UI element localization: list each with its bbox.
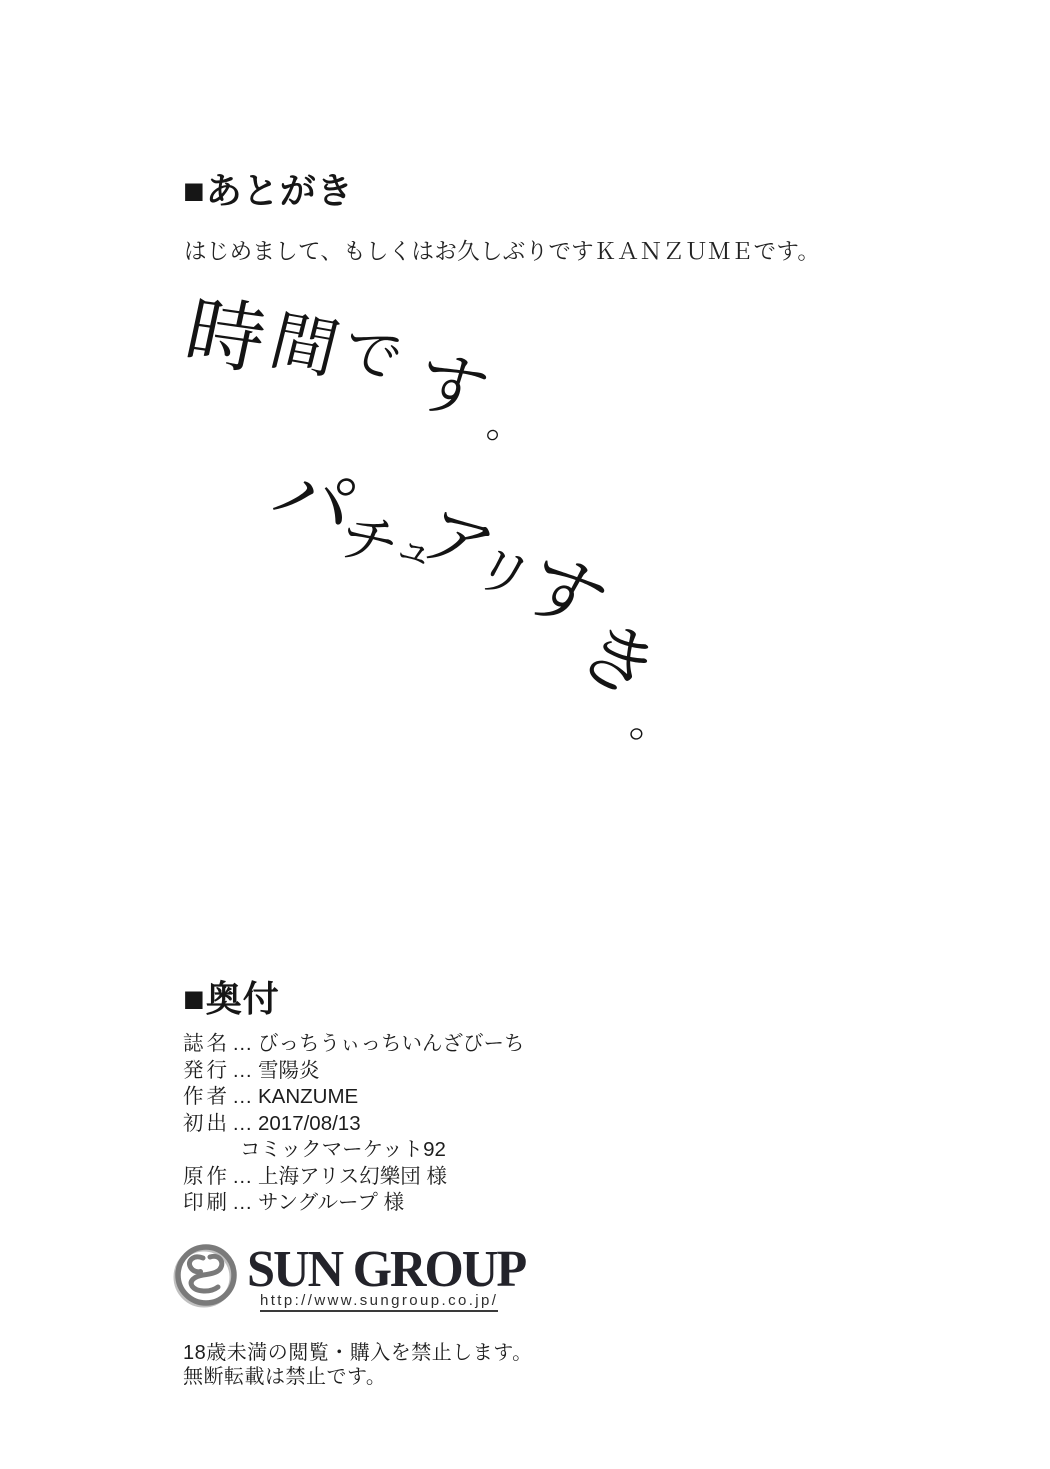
- colophon-label: 原作: [183, 1164, 232, 1191]
- colophon-separator: …: [232, 1058, 258, 1085]
- colophon-label: 発行: [183, 1058, 232, 1085]
- colophon-heading: ■奥付: [183, 971, 280, 1022]
- colophon-separator: …: [232, 1084, 258, 1111]
- printer-name-logotype: SUN GROUP: [247, 1240, 525, 1299]
- colophon-row-event: コミックマーケット92: [183, 1137, 525, 1164]
- colophon-separator: …: [232, 1031, 258, 1058]
- handwriting-char: ュ: [389, 525, 443, 575]
- colophon-row-author: 作者 … KANZUME: [183, 1084, 525, 1111]
- handwriting-char: で: [336, 320, 409, 388]
- handwriting-char: 間: [264, 308, 345, 384]
- colophon-value: コミックマーケット92: [240, 1137, 446, 1164]
- colophon-label: 誌名: [183, 1031, 232, 1058]
- notice-line-age: 18歳未満の閲覧・購入を禁止します。: [183, 1341, 533, 1365]
- colophon-table: 誌名 … びっちうぃっちいんざびーち 発行 … 雪陽炎 作者 … KANZUME…: [183, 1031, 525, 1217]
- handwriting-char: 。: [483, 405, 532, 450]
- colophon-value: 上海アリス幻樂団 様: [258, 1164, 447, 1191]
- handwriting-char: 時: [179, 293, 273, 380]
- colophon-label: 印刷: [183, 1190, 232, 1217]
- sun-group-logo-icon: [172, 1242, 242, 1312]
- handwriting-char: 。: [624, 703, 684, 759]
- colophon-row-title: 誌名 … びっちうぃっちいんざびーち: [183, 1031, 525, 1058]
- handwriting-char: リ: [464, 538, 540, 609]
- handwriting-char: す: [509, 543, 618, 645]
- colophon-row-first-published: 初出 … 2017/08/13: [183, 1111, 525, 1138]
- colophon-value: 2017/08/13: [258, 1111, 361, 1138]
- colophon-separator: …: [232, 1164, 258, 1191]
- handwriting-char: パ: [263, 452, 367, 549]
- handwriting-char: チ: [330, 505, 407, 577]
- handwriting-layer: 時間です。パチュアリすき。: [0, 0, 1050, 1469]
- colophon-value: びっちうぃっちいんざびーち: [258, 1031, 525, 1058]
- colophon-label: 作者: [183, 1084, 232, 1111]
- colophon-value: 雪陽炎: [258, 1058, 320, 1085]
- colophon-row-original-work: 原作 … 上海アリス幻樂団 様: [183, 1164, 525, 1191]
- handwriting-char: ア: [410, 500, 503, 587]
- afterword-intro-text: はじめまして、もしくはお久しぶりですＫＡＮＺＵＭＥです。: [184, 234, 820, 266]
- colophon-label: 初出: [183, 1111, 232, 1138]
- colophon-row-printing: 印刷 … サングループ 様: [183, 1190, 525, 1217]
- colophon-row-publisher: 発行 … 雪陽炎: [183, 1058, 525, 1085]
- colophon-separator: …: [232, 1111, 258, 1138]
- afterword-heading: ■あとがき: [183, 163, 354, 214]
- printer-credit-block: SUN GROUP http://www.sungroup.co.jp/: [0, 0, 1050, 1469]
- colophon-value: KANZUME: [258, 1084, 358, 1111]
- printer-url: http://www.sungroup.co.jp/: [260, 1292, 498, 1312]
- scanned-doujinshi-page: ■あとがき はじめまして、もしくはお久しぶりですＫＡＮＺＵＭＥです。 時間です。…: [0, 0, 1050, 1469]
- notice-line-reprint: 無断転載は禁止です。: [183, 1365, 533, 1389]
- colophon-separator: …: [232, 1190, 258, 1217]
- handwriting-char: き: [566, 612, 671, 710]
- handwriting-char: す: [406, 345, 496, 429]
- colophon-value: サングループ 様: [258, 1190, 404, 1217]
- age-restriction-notice: 18歳未満の閲覧・購入を禁止します。 無断転載は禁止です。: [183, 1341, 533, 1389]
